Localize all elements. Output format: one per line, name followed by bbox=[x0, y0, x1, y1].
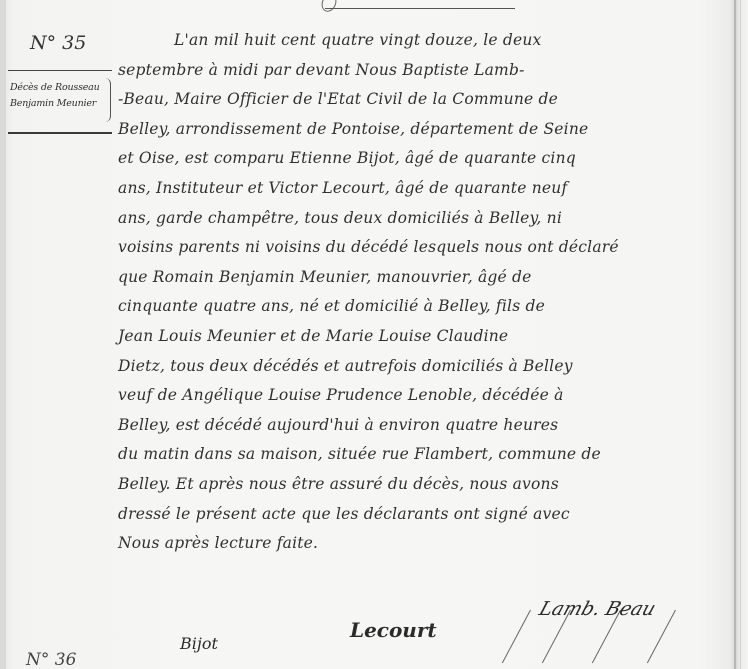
next-entry-number: N° 36 bbox=[26, 650, 76, 669]
body-line: Belley. Et après nous être assuré du déc… bbox=[118, 470, 730, 500]
signature-witness-1: Bijot bbox=[180, 634, 218, 653]
entry-number: N° 35 bbox=[30, 32, 86, 54]
body-line: septembre à midi par devant Nous Baptist… bbox=[118, 56, 730, 86]
body-line: ans, garde champêtre, tous deux domicili… bbox=[118, 204, 730, 234]
binding-shadow bbox=[0, 0, 6, 669]
body-line: dressé le présent acte que les déclarant… bbox=[118, 500, 730, 530]
body-line: Belley, arrondissement de Pontoise, dépa… bbox=[118, 115, 730, 145]
page-edge-border-secondary bbox=[740, 0, 741, 669]
body-line: du matin dans sa maison, située rue Flam… bbox=[118, 440, 730, 470]
margin-divider-top bbox=[8, 70, 112, 71]
signatures-block: Bijot Lecourt Lamb. Beau bbox=[0, 590, 748, 669]
document-page: N° 35 Décès de Rousseau Benjamin Meunier… bbox=[0, 0, 748, 669]
margin-divider-bottom bbox=[8, 132, 112, 134]
record-body: L'an mil huit cent quatre vingt douze, l… bbox=[118, 26, 730, 559]
body-line: et Oise, est comparu Etienne Bijot, âgé … bbox=[118, 144, 730, 174]
body-line: ans, Instituteur et Victor Lecourt, âgé … bbox=[118, 174, 730, 204]
margin-note-line-2: Benjamin Meunier bbox=[10, 96, 110, 112]
body-line: Nous après lecture faite. bbox=[118, 529, 730, 559]
signature-officer-flourish bbox=[510, 610, 700, 669]
top-flourish-line bbox=[325, 8, 515, 9]
body-line: cinquante quatre ans, né et domicilié à … bbox=[118, 292, 730, 322]
body-line: que Romain Benjamin Meunier, manouvrier,… bbox=[118, 263, 730, 293]
margin-note: Décès de Rousseau Benjamin Meunier bbox=[10, 80, 110, 112]
body-line: Dietz, tous deux décédés et autrefois do… bbox=[118, 352, 730, 382]
body-line: -Beau, Maire Officier de l'Etat Civil de… bbox=[118, 85, 730, 115]
margin-note-line-1: Décès de Rousseau bbox=[10, 80, 110, 96]
body-line: veuf de Angélique Louise Prudence Lenobl… bbox=[118, 381, 730, 411]
page-edge-border bbox=[734, 0, 736, 669]
signature-witness-2: Lecourt bbox=[350, 618, 437, 642]
body-line: L'an mil huit cent quatre vingt douze, l… bbox=[118, 26, 730, 56]
margin-bracket bbox=[104, 78, 111, 122]
body-line: Belley, est décédé aujourd'hui à environ… bbox=[118, 411, 730, 441]
body-line: voisins parents ni voisins du décédé les… bbox=[118, 233, 730, 263]
body-line: Jean Louis Meunier et de Marie Louise Cl… bbox=[118, 322, 730, 352]
